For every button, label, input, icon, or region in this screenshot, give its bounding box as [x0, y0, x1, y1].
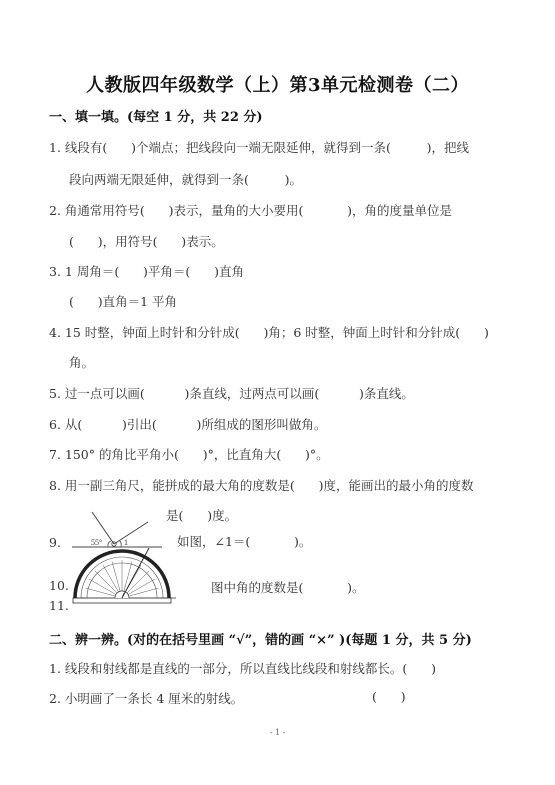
question-8-line-1: 8. 用一副三角尺，能拼成的最大角的度数是( )度，能画出的最小角的度数 — [49, 476, 474, 494]
question-9-text: 如图，∠1＝( )。 — [177, 532, 311, 550]
question-1-line-1: 1. 线段有( )个端点；把线段向一端无限延伸，就得到一条( )，把线 — [49, 138, 469, 156]
section-2-heading: 二、辨一辨。(对的在括号里画 “√”，错的画 “×” )(每题 1 分，共 5 … — [49, 629, 472, 648]
question-1-line-2: 段向两端无限延伸，就得到一条( )。 — [69, 170, 302, 188]
question-4-line-1: 4. 15 时整，钟面上时针和分针成( )角；6 时整，钟面上时针和分针成( ) — [49, 323, 489, 341]
angle-1-label: 1 — [124, 538, 128, 547]
page-title: 人教版四年级数学（上）第3单元检测卷（二） — [0, 71, 555, 97]
question-8-line-2: 是( )度。 — [166, 506, 237, 524]
question-2-line-1: 2. 角通常用符号( )表示，量角的大小要用( )，角的度量单位是 — [49, 201, 452, 219]
question-3-line-2: ( )直角＝1 平角 — [69, 292, 177, 310]
judge-question-2: 2. 小明画了一条长 4 厘米的射线。 — [49, 689, 243, 707]
question-6: 6. 从( )引出( )所组成的图形叫做角。 — [49, 415, 326, 433]
question-7: 7. 150° 的角比平角小( )°，比直角大( )°。 — [49, 445, 329, 463]
judge-question-1: 1. 线段和射线都是直线的一部分，所以直线比线段和射线都长。( ) — [49, 659, 436, 677]
judge-question-2-answer-blank: ( ) — [372, 689, 406, 704]
section-1-heading: 一、填一填。(每空 1 分，共 22 分) — [49, 106, 263, 125]
question-4-line-2: 角。 — [69, 353, 94, 371]
question-5: 5. 过一点可以画( )条直线，过两点可以画( )条直线。 — [49, 384, 414, 402]
protractor-figure — [70, 548, 178, 606]
angle-55-label: 55° — [91, 538, 102, 547]
question-2-line-2: ( )，用符号( )表示。 — [69, 232, 224, 250]
page-number: - 1 - — [0, 728, 555, 737]
question-10-text: 图中角的度数是( )。 — [211, 578, 364, 596]
question-9-angle-figure: 55° 1 — [70, 510, 165, 550]
question-9-number: 9. — [49, 535, 61, 550]
question-3-line-1: 3. 1 周角＝( )平角＝( )直角 — [49, 262, 244, 280]
question-10-number: 10. — [49, 578, 69, 593]
question-11-number: 11. — [49, 598, 69, 613]
